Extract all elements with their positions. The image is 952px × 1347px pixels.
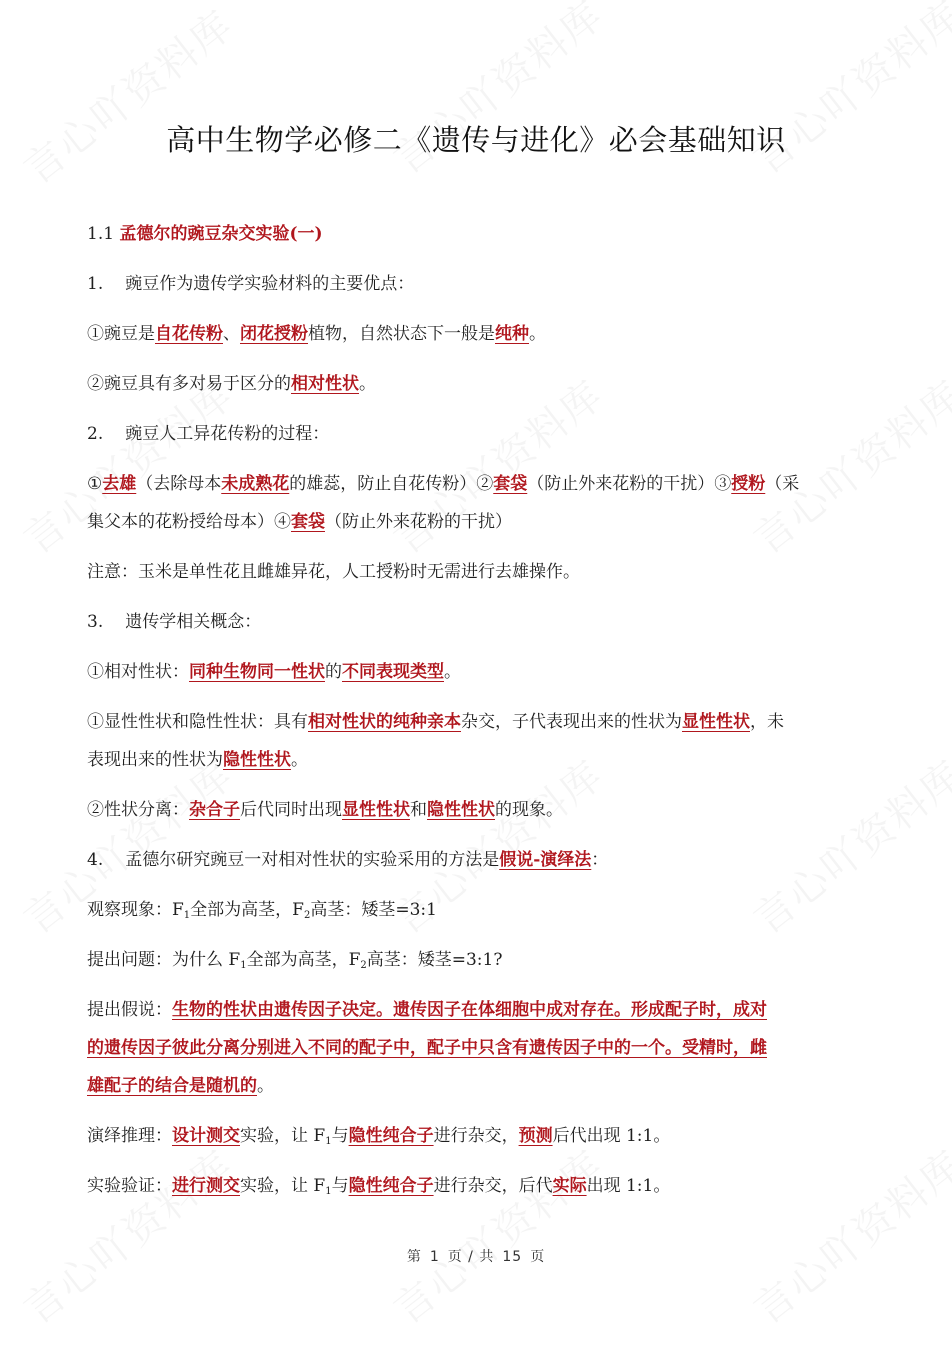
paragraph: ①相对性状：同种生物同一性状的不同表现类型。: [87, 660, 461, 684]
text: 和: [410, 800, 427, 820]
question-line: 提出问题：为什么 F1全部为高茎，F2高茎：矮茎=3:1?: [87, 948, 502, 972]
text: ②豌豆具有多对易于区分的: [87, 374, 291, 394]
text: ②性状分离：: [87, 800, 189, 820]
text: 。: [291, 750, 308, 770]
text: 表现出来的性状为: [87, 750, 223, 770]
text: 。: [529, 324, 546, 344]
text: 演绎推理：: [87, 1126, 172, 1146]
text: 与: [332, 1176, 349, 1196]
item-heading-3: 3.遗传学相关概念：: [87, 610, 261, 634]
text: 、: [223, 324, 240, 344]
text: 的雄蕊，防止自花传粉）②: [289, 474, 493, 494]
text: 进行杂交，后代: [434, 1176, 553, 1196]
text: ：: [591, 850, 608, 870]
text: ，未: [750, 712, 784, 732]
item-text: 豌豆人工异花传粉的过程：: [125, 424, 329, 444]
item-text: 豌豆作为遗传学实验材料的主要优点：: [125, 274, 414, 294]
key-term: 隐性纯合子: [349, 1176, 434, 1196]
paragraph: ①豌豆是自花传粉、闭花授粉植物，自然状态下一般是纯种。: [87, 322, 546, 346]
item-text: 遗传学相关概念：: [125, 612, 261, 632]
key-term: 预测: [519, 1126, 553, 1146]
text: 与: [332, 1126, 349, 1146]
key-term: 闭花授粉: [240, 324, 308, 344]
section-heading: 1.1 孟德尔的豌豆杂交实验(一): [87, 222, 323, 246]
item-heading-1: 1.豌豆作为遗传学实验材料的主要优点：: [87, 272, 414, 296]
key-term: 显性性状: [682, 712, 750, 732]
item-text: 孟德尔研究豌豆一对相对性状的实验采用的方法是: [125, 850, 499, 870]
item-heading-2: 2.豌豆人工异花传粉的过程：: [87, 422, 329, 446]
key-term: 同种生物同一性状: [189, 662, 325, 682]
text: 全部为高茎，F: [190, 900, 304, 920]
text: 后代同时出现: [240, 800, 342, 820]
key-term: 相对性状的纯种亲本: [308, 712, 461, 732]
text: 出现 1:1。: [587, 1176, 671, 1196]
item-number: 2.: [87, 424, 103, 444]
key-term: 套袋: [291, 512, 325, 532]
observe-line: 观察现象：F1全部为高茎，F2高茎：矮茎=3:1: [87, 898, 437, 922]
key-term: 自花传粉: [155, 324, 223, 344]
paragraph: ①去雄（去除母本未成熟花的雄蕊，防止自花传粉）②套袋（防止外来花粉的干扰）③授粉…: [87, 472, 799, 496]
key-term: 未成熟花: [221, 474, 289, 494]
verify-line: 实验验证：进行测交实验，让 F1与隐性纯合子进行杂交，后代实际出现 1:1。: [87, 1174, 670, 1198]
paragraph: ②性状分离：杂合子后代同时出现显性性状和隐性性状的现象。: [87, 798, 563, 822]
total-pages: 15: [502, 1249, 522, 1265]
text: 页 / 共: [448, 1249, 495, 1265]
text: 观察现象：F: [87, 900, 184, 920]
item-number: 1.: [87, 274, 103, 294]
hypothesis-line: 提出假说：生物的性状由遗传因子决定。遗传因子在体细胞中成对存在。形成配子时，成对: [87, 998, 767, 1022]
key-term: 隐性性状: [223, 750, 291, 770]
paragraph: ①显性性状和隐性性状：具有相对性状的纯种亲本杂交，子代表现出来的性状为显性性状，…: [87, 710, 784, 734]
document-page: 高中生物学必修二《遗传与进化》必会基础知识 1.1 孟德尔的豌豆杂交实验(一) …: [0, 0, 952, 1347]
text: 实验验证：: [87, 1176, 172, 1196]
key-term: 的遗传因子彼此分离分别进入不同的配子中，配子中只含有遗传因子中的一个。受精时，雌: [87, 1038, 767, 1058]
text: 后代出现 1:1。: [553, 1126, 671, 1146]
text: ①豌豆是: [87, 324, 155, 344]
text: 植物，自然状态下一般是: [308, 324, 495, 344]
text: ①相对性状：: [87, 662, 189, 682]
paragraph: 表现出来的性状为隐性性状。: [87, 748, 308, 772]
text: 。: [444, 662, 461, 682]
text: 的: [325, 662, 342, 682]
text: ①显性性状和隐性性状：具有: [87, 712, 308, 732]
deduce-line: 演绎推理：设计测交实验，让 F1与隐性纯合子进行杂交，预测后代出现 1:1。: [87, 1124, 670, 1148]
key-term: 不同表现类型: [342, 662, 444, 682]
text: 高茎：矮茎=3:1: [310, 900, 437, 920]
key-term: 隐性性状: [427, 800, 495, 820]
key-term: 显性性状: [342, 800, 410, 820]
hypothesis-line: 雄配子的结合是随机的。: [87, 1074, 274, 1098]
paragraph: 集父本的花粉授给母本）④套袋（防止外来花粉的干扰）: [87, 510, 512, 534]
text: 进行杂交，: [434, 1126, 519, 1146]
text: （防止外来花粉的干扰）: [325, 512, 512, 532]
text: 页: [530, 1249, 545, 1265]
text: 提出假说：: [87, 1000, 172, 1020]
text: 高茎：矮茎=3:1?: [367, 950, 503, 970]
item-heading-4: 4.孟德尔研究豌豆一对相对性状的实验采用的方法是假说-演绎法：: [87, 848, 608, 872]
hypothesis-line: 的遗传因子彼此分离分别进入不同的配子中，配子中只含有遗传因子中的一个。受精时，雌: [87, 1036, 767, 1060]
key-term: 纯种: [495, 324, 529, 344]
text: 第: [407, 1249, 422, 1265]
key-term: 生物的性状由遗传因子决定。遗传因子在体细胞中成对存在。形成配子时，成对: [172, 1000, 767, 1020]
key-term: 授粉: [731, 474, 765, 494]
text: 集父本的花粉授给母本）④: [87, 512, 291, 532]
section-number: 1.1: [87, 224, 114, 244]
text: （去除母本: [136, 474, 221, 494]
text: 提出问题：为什么 F: [87, 950, 240, 970]
document-title: 高中生物学必修二《遗传与进化》必会基础知识: [0, 118, 952, 159]
text: 实验，让 F: [240, 1176, 325, 1196]
key-term: 假说-演绎法: [499, 850, 591, 870]
note: 注意：玉米是单性花且雌雄异花，人工授粉时无需进行去雄操作。: [87, 560, 580, 584]
key-term: 进行测交: [172, 1176, 240, 1196]
current-page: 1: [430, 1249, 440, 1265]
key-term: 去雄: [102, 474, 136, 494]
text: 全部为高茎，F: [247, 950, 361, 970]
key-term: 实际: [553, 1176, 587, 1196]
text: 的现象。: [495, 800, 563, 820]
key-term: 相对性状: [291, 374, 359, 394]
text: 杂交，子代表现出来的性状为: [461, 712, 682, 732]
key-term: 套袋: [493, 474, 527, 494]
text: ①: [87, 474, 102, 494]
key-term: 杂合子: [189, 800, 240, 820]
item-number: 3.: [87, 612, 103, 632]
text: 实验，让 F: [240, 1126, 325, 1146]
key-term: 设计测交: [172, 1126, 240, 1146]
text: （防止外来花粉的干扰）③: [527, 474, 731, 494]
text: 。: [359, 374, 376, 394]
text: （采: [765, 474, 799, 494]
key-term: 雄配子的结合是随机的: [87, 1076, 257, 1096]
item-number: 4.: [87, 850, 103, 870]
section-title: 孟德尔的豌豆杂交实验(一): [119, 224, 322, 244]
paragraph: ②豌豆具有多对易于区分的相对性状。: [87, 372, 376, 396]
page-footer: 第1页 / 共15页: [0, 1246, 952, 1266]
text: 。: [257, 1076, 274, 1096]
key-term: 隐性纯合子: [349, 1126, 434, 1146]
